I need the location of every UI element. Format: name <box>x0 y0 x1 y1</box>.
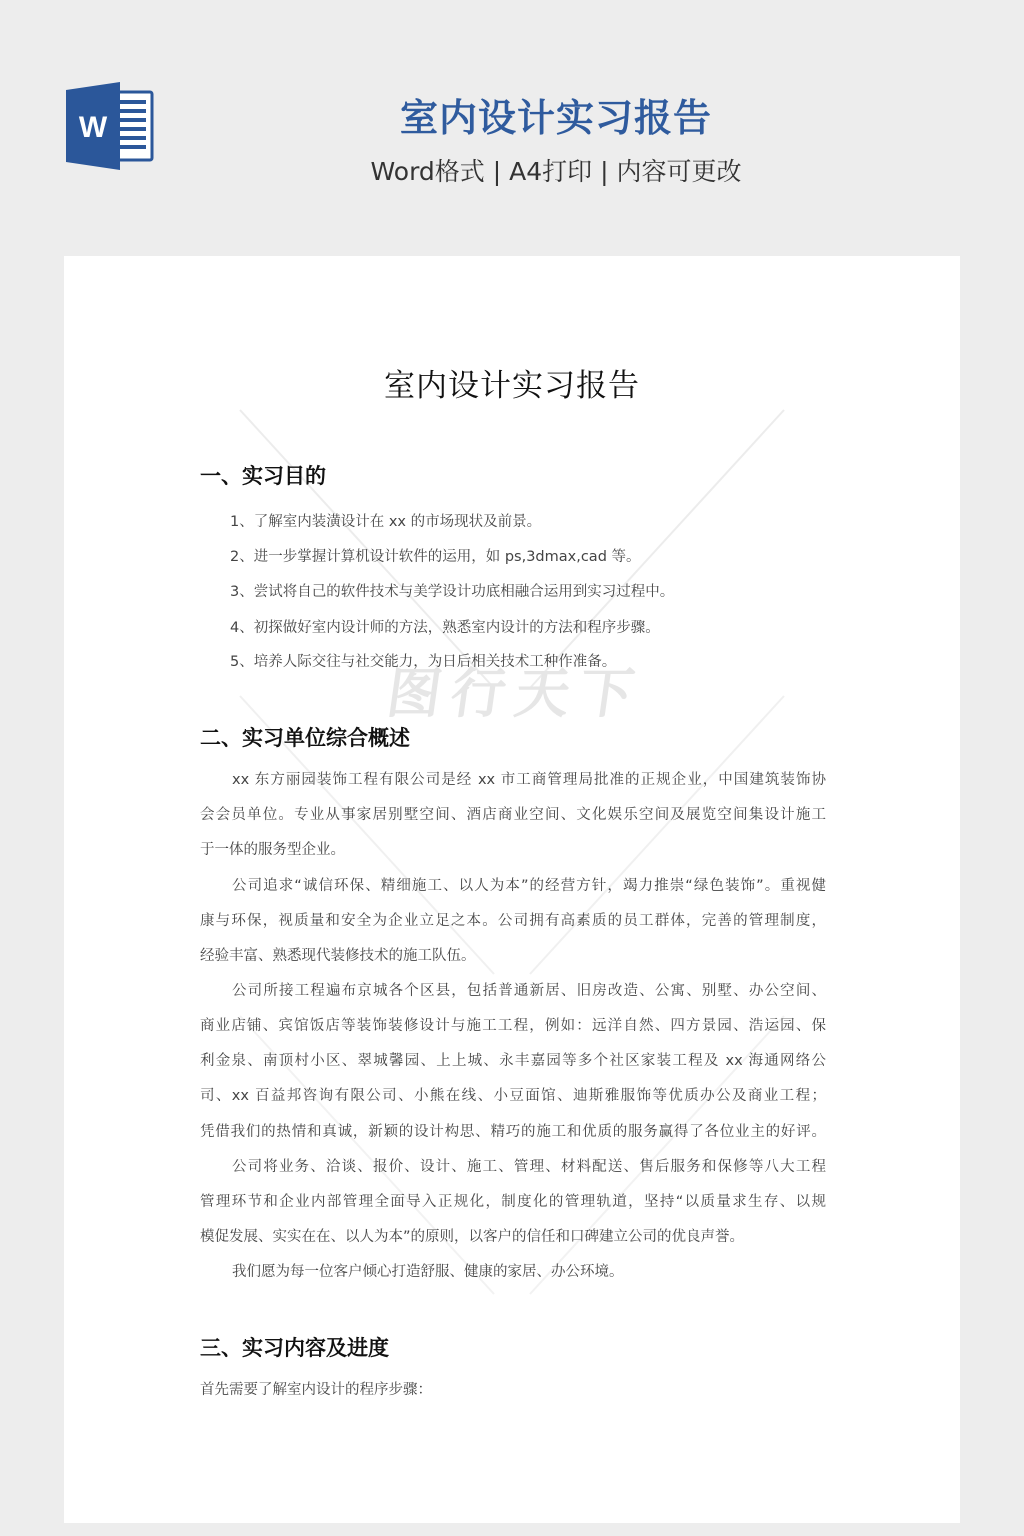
paragraph-line: 我们愿为每一位客户倾心打造舒服、健康的家居、办公环境。 <box>232 1262 826 1282</box>
list-item: 2、进一步掌握计算机设计软件的运用，如 ps,3dmax,cad 等。 <box>230 547 641 567</box>
document-title: 室内设计实习报告 <box>64 364 960 408</box>
banner-subtitle: Word格式 | A4打印 | 内容可更改 <box>262 152 850 192</box>
paragraph-line: 于一体的服务型企业。 <box>200 840 826 860</box>
svg-text:W: W <box>79 111 108 144</box>
paragraph-line: 经验丰富、熟悉现代装修技术的施工队伍。 <box>200 946 826 966</box>
paragraph-line: 公司所接工程遍布京城各个区县，包括普通新居、旧房改造、公寓、别墅、办公空间、 <box>232 981 826 1001</box>
paragraph-line: 会会员单位。专业从事家居别墅空间、酒店商业空间、文化娱乐空间及展览空间集设计施工 <box>200 805 826 825</box>
word-document-icon: W <box>64 80 156 172</box>
paragraph-line: 管理环节和企业内部管理全面导入正规化，制度化的管理轨道，坚持“以质量求生存、以规 <box>200 1192 826 1212</box>
paragraph-line: 司、xx 百益邦咨询有限公司、小熊在线、小豆面馆、迪斯雅服饰等优质办公及商业工程… <box>200 1086 826 1106</box>
paragraph-line: 公司将业务、洽谈、报价、设计、施工、管理、材料配送、售后服务和保修等八大工程 <box>232 1157 826 1177</box>
paragraph-line: 模促发展、实实在在、以人为本”的原则，以客户的信任和口碑建立公司的优良声誉。 <box>200 1227 826 1247</box>
paragraph-line: 利金泉、南顶村小区、翠城馨园、上上城、永丰嘉园等多个社区家装工程及 xx 海通网… <box>200 1051 826 1071</box>
section-heading-internship-content: 三、实习内容及进度 <box>200 1333 389 1363</box>
section-heading-company-overview: 二、实习单位综合概述 <box>200 723 410 753</box>
section-heading-purpose: 一、实习目的 <box>200 461 326 491</box>
banner-title: 室内设计实习报告 <box>300 92 812 144</box>
paragraph-line: xx 东方丽园装饰工程有限公司是经 xx 市工商管理局批准的正规企业，中国建筑装… <box>232 770 826 790</box>
paragraph-line: 商业店铺、宾馆饭店等装饰装修设计与施工工程，例如：远洋自然、四方景园、浩运园、保 <box>200 1016 826 1036</box>
document-page: 图行天下 室内设计实习报告 一、实习目的 1、了解室内装潢设计在 xx 的市场现… <box>64 256 960 1523</box>
list-item: 3、尝试将自己的软件技术与美学设计功底相融合运用到实习过程中。 <box>230 582 674 602</box>
paragraph-line: 公司追求“诚信环保、精细施工、以人为本”的经营方针，竭力推崇“绿色装饰”。重视健 <box>232 876 826 896</box>
paragraph-line: 康与环保，视质量和安全为企业立足之本。公司拥有高素质的员工群体，完善的管理制度， <box>200 911 826 931</box>
list-item: 4、初探做好室内设计师的方法，熟悉室内设计的方法和程序步骤。 <box>230 618 660 638</box>
list-item: 5、培养人际交往与社交能力，为日后相关技术工种作准备。 <box>230 652 616 672</box>
paragraph-line: 首先需要了解室内设计的程序步骤： <box>200 1380 826 1400</box>
paragraph-line: 凭借我们的热情和真诚，新颖的设计构思、精巧的施工和优质的服务赢得了各位业主的好评… <box>200 1122 826 1142</box>
banner-header: W 室内设计实习报告 Word格式 | A4打印 | 内容可更改 <box>0 0 1024 256</box>
list-item: 1、了解室内装潢设计在 xx 的市场现状及前景。 <box>230 512 541 532</box>
